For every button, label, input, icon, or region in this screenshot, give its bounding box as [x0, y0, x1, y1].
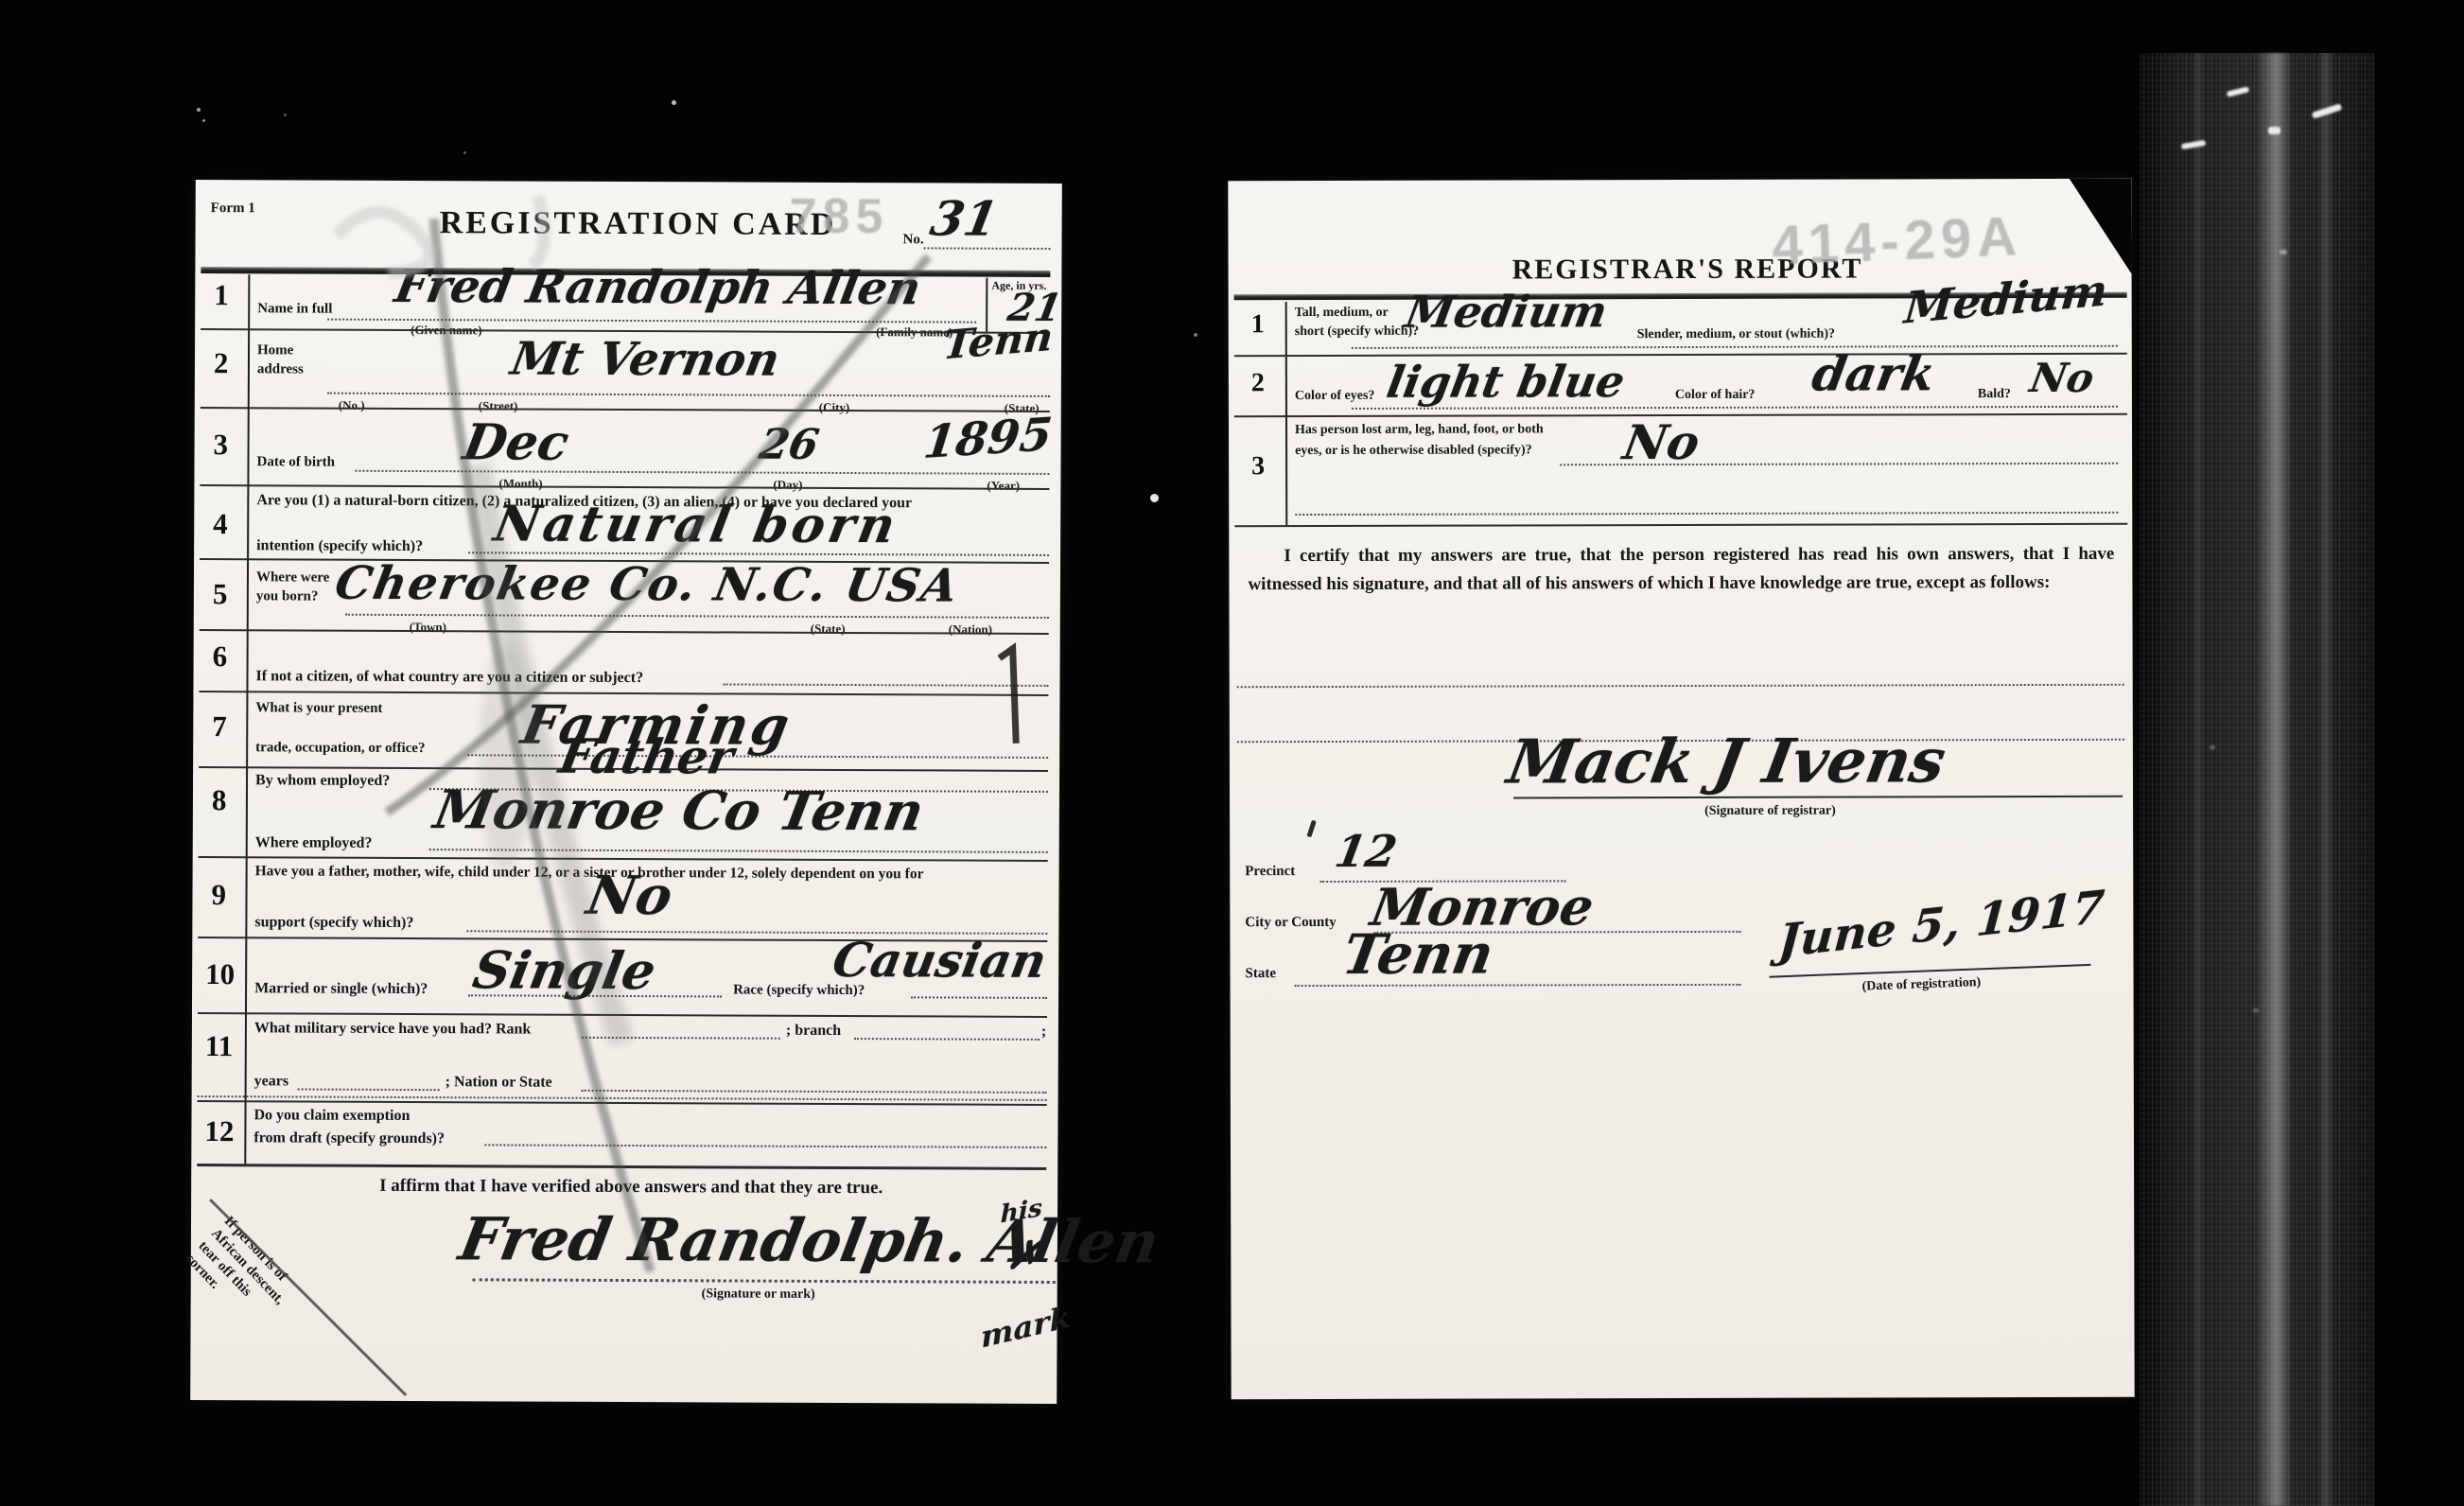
field-9-number: 9 — [211, 878, 226, 912]
numbered-section-bottom-rule — [1234, 523, 2127, 527]
no-label: No. — [903, 232, 924, 248]
dob-day-value: 26 — [756, 421, 822, 469]
address-city-value: Mt Vernon — [507, 332, 784, 386]
exemption-line — [484, 1144, 1046, 1148]
stamp-414-29a: 414-29A — [1771, 204, 2023, 277]
nation-state-line — [582, 1090, 1047, 1094]
rank-line — [582, 1037, 780, 1040]
branch-label: ; branch — [786, 1023, 841, 1040]
married-value: Single — [468, 939, 660, 1001]
field-10-number: 10 — [205, 957, 235, 991]
report-field-1-number: 1 — [1251, 309, 1265, 340]
row-1-line — [1352, 345, 2118, 349]
dob-label: Date of birth — [256, 454, 335, 470]
row-separator — [1234, 353, 2127, 357]
no-sublabel: (No.) — [339, 398, 365, 413]
certification-text: I certify that my answers are true, that… — [1248, 540, 2114, 599]
name-value: Fred Randolph Allen — [391, 260, 925, 315]
report-field-2-number: 2 — [1251, 368, 1265, 398]
field-1-number: 1 — [214, 278, 229, 312]
registrar-signature-line — [1513, 796, 2123, 799]
row-separator — [200, 484, 1049, 490]
exemption-label-1: Do you claim exemption — [253, 1107, 410, 1125]
field-8-number: 8 — [212, 783, 227, 817]
born-value: Cherokee Co. N.C. USA — [331, 557, 964, 613]
dependent-value: No — [583, 865, 677, 927]
pencil-tick — [1306, 820, 1316, 838]
date-caption: (Date of registration) — [1861, 975, 1981, 995]
field-7-number: 7 — [212, 709, 227, 744]
citizenship-label-2: intention (specify which)? — [256, 537, 423, 555]
born-state-sublabel: (State) — [811, 622, 846, 637]
dust-speck — [197, 108, 201, 112]
employer-value: Father — [555, 728, 738, 785]
dependent-label-1: Have you a father, mother, wife, child u… — [255, 863, 924, 883]
dob-month-value: Dec — [459, 413, 573, 471]
mark-annotation: mark — [980, 1299, 1072, 1355]
day-sublabel: (Day) — [773, 478, 802, 493]
number-column-rule — [1285, 302, 1288, 525]
where-employed-line — [429, 849, 1048, 853]
where-employed-label: Where employed? — [255, 834, 373, 852]
field-6-number: 6 — [213, 639, 228, 674]
state-label: State — [1245, 966, 1276, 982]
name-label: Name in full — [257, 301, 332, 317]
row-separator — [200, 629, 1049, 635]
disability-value: No — [1619, 414, 1704, 470]
affirmation-text: I affirm that I have verified above answ… — [286, 1175, 976, 1199]
serial-stamp-785: 785 — [790, 188, 889, 245]
dust-speck — [284, 114, 287, 116]
film-scratch-speck — [2227, 86, 2250, 97]
bald-value: No — [2027, 355, 2098, 401]
height-label-1: Tall, medium, or — [1295, 306, 1389, 321]
form-number-label: Form 1 — [211, 201, 255, 217]
town-sublabel: (Town) — [410, 620, 446, 635]
field-3-number: 3 — [214, 428, 229, 462]
year-sublabel: (Year) — [987, 479, 1020, 494]
not-citizen-line — [723, 683, 1048, 687]
height-value: Medium — [1402, 286, 1611, 338]
eye-color-value: light blue — [1383, 356, 1629, 408]
by-whom-employed-label: By whom employed? — [255, 772, 390, 790]
born-line — [345, 614, 1049, 619]
born-label-2: you born? — [256, 588, 319, 604]
race-line — [911, 996, 1047, 999]
row-separator — [198, 1100, 1047, 1106]
no-dotted-line — [924, 247, 1051, 250]
branch-line — [854, 1038, 1040, 1041]
row-separator — [201, 407, 1050, 412]
bright-streak-primary — [2255, 53, 2293, 1506]
military-label: What military service have you had? Rank — [254, 1020, 532, 1038]
field-11-number: 11 — [205, 1029, 233, 1063]
registrar-signature-caption: (Signature of registrar) — [1704, 804, 1836, 819]
film-scratch-speck — [2253, 1008, 2259, 1012]
state-value: Tenn — [1338, 922, 1499, 987]
row-3-line — [1560, 463, 2118, 466]
precinct-value: 12 — [1331, 826, 1400, 877]
month-sublabel: (Month) — [498, 476, 542, 491]
years-line — [298, 1088, 440, 1091]
bald-label: Bald? — [1978, 387, 2011, 402]
home-address-label-2: address — [257, 361, 304, 377]
field-4-number: 4 — [213, 507, 228, 541]
film-streak-band — [2140, 53, 2374, 1506]
born-label-1: Where were — [256, 569, 329, 586]
registrar-signature: Mack J Ivens — [1502, 726, 1950, 797]
nation-state-label: ; Nation or State — [446, 1074, 552, 1091]
home-address-label-1: Home — [257, 342, 293, 359]
trade-label-2: trade, occupation, or office? — [255, 740, 425, 757]
bright-streak-secondary — [2317, 53, 2334, 1506]
numbered-section-bottom-rule — [197, 1164, 1046, 1170]
field-12-number: 12 — [204, 1114, 234, 1148]
city-or-county-label: City or County — [1245, 915, 1336, 931]
film-scratch-speck — [2280, 250, 2287, 254]
field-5-number: 5 — [213, 577, 228, 611]
dependent-label-2: support (specify which)? — [254, 914, 413, 932]
row-separator — [198, 1012, 1047, 1018]
signature-line — [473, 1278, 1056, 1284]
registration-card-title: REGISTRATION CARD — [440, 205, 837, 243]
precinct-label: Precinct — [1245, 864, 1295, 880]
hair-color-value: dark — [1809, 345, 1940, 401]
build-label: Slender, medium, or stout (which)? — [1637, 327, 1835, 343]
row-separator — [199, 856, 1048, 862]
film-scratch-speck — [2210, 745, 2215, 749]
date-line — [1770, 964, 2091, 978]
trade-label-1: What is your present — [255, 700, 382, 717]
years-label: years — [254, 1073, 289, 1090]
order-number-handwritten: 31 — [926, 190, 1002, 246]
hair-color-label: Color of hair? — [1675, 388, 1756, 403]
field-2-number: 2 — [214, 346, 229, 380]
dust-speck — [202, 119, 205, 122]
dob-year-value: 1895 — [921, 408, 1055, 469]
where-employed-value: Monroe Co Tenn — [429, 779, 929, 843]
dust-speck — [1194, 333, 1197, 337]
dim-streak — [2193, 53, 2204, 1506]
signature-caption: (Signature or mark) — [702, 1287, 815, 1303]
city-sublabel: (City) — [819, 400, 850, 415]
scanned-document-background: Form 1 REGISTRATION CARD 785 No. 31 1 Na… — [0, 0, 2464, 1506]
citizenship-value: Natural born — [490, 495, 903, 554]
height-label-2: short (specify which)? — [1295, 324, 1419, 340]
address-state-value: Tenn — [941, 313, 1055, 368]
disability-label-1: Has person lost arm, leg, hand, foot, or… — [1295, 422, 1544, 438]
registration-date-value: June 5, 1917 — [1776, 881, 2106, 968]
address-line — [327, 393, 1050, 397]
married-single-label: Married or single (which)? — [254, 980, 428, 998]
branch-terminator: ; — [1041, 1024, 1046, 1041]
disability-label-2: eyes, or is he otherwise disabled (speci… — [1295, 443, 1532, 459]
street-sublabel: (Street) — [479, 398, 518, 413]
registrant-signature: Fred Randolph. Allen — [454, 1204, 1164, 1276]
corner-tear-note: If person is of African descent, tear of… — [181, 1213, 301, 1334]
film-scratch-speck — [2268, 127, 2281, 134]
exception-line-1 — [1237, 684, 2124, 688]
build-value: Medium — [1902, 265, 2109, 334]
dust-speck — [1150, 494, 1159, 502]
exemption-label-2: from draft (specify grounds)? — [253, 1129, 445, 1147]
registration-card: Form 1 REGISTRATION CARD 785 No. 31 1 Na… — [190, 180, 1062, 1404]
blank-continuation-line — [1295, 512, 2118, 516]
eye-color-label: Color of eyes? — [1295, 389, 1375, 404]
dust-speck — [463, 151, 466, 154]
registrars-report-card: REGISTRAR'S REPORT 414-29A 1 Tall, mediu… — [1228, 179, 2134, 1399]
nation-sublabel: (Nation) — [949, 622, 992, 637]
report-field-3-number: 3 — [1251, 451, 1265, 482]
race-value: Causian — [829, 932, 1051, 989]
dust-speck — [672, 100, 676, 105]
not-citizen-label: If not a citizen, of what country are yo… — [255, 668, 643, 687]
